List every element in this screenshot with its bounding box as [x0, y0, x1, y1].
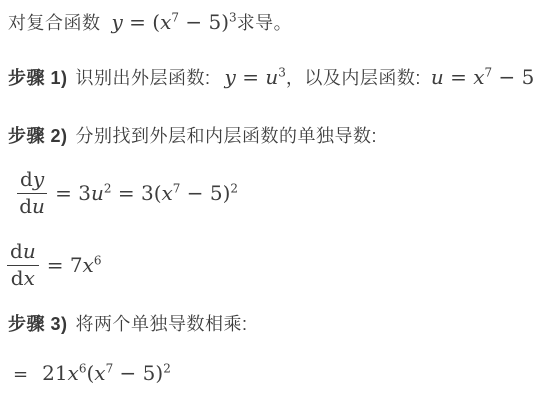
- math-op: = 7: [47, 253, 83, 277]
- problem-formula: y = (x7 − 5)3: [112, 10, 237, 34]
- outer-derivative-rhs: = 3u2 = 3(x7 − 5)2: [55, 181, 238, 205]
- step1-text-inner: ，以及内层函数:: [286, 64, 421, 90]
- math-var-x: x: [473, 65, 484, 89]
- result-equals-sign: =: [13, 364, 28, 385]
- math-op: − 5: [492, 65, 534, 89]
- math-op: = 3: [55, 181, 91, 205]
- step3-text: 将两个单独导数相乘:: [76, 310, 248, 336]
- math-op: = (: [123, 10, 160, 34]
- fraction-denominator: dx: [11, 266, 35, 290]
- problem-prefix-text: 对复合函数: [8, 9, 101, 35]
- math-var-x: x: [68, 361, 79, 385]
- step3-line: 步骤 3) 将两个单独导数相乘:: [8, 310, 248, 336]
- math-exponent: 6: [94, 253, 102, 267]
- math-op: =: [444, 65, 473, 89]
- math-d: d: [10, 239, 23, 263]
- math-var-x: x: [24, 266, 35, 290]
- fraction-numerator: dy: [17, 169, 47, 194]
- inner-derivative-rhs: = 7x6: [47, 253, 102, 277]
- math-num: 21: [42, 361, 67, 385]
- math-var-x: x: [160, 10, 171, 34]
- step1-inner-formula: u = x7 − 5: [431, 65, 534, 89]
- math-op: − 5): [179, 10, 229, 34]
- math-op: − 5): [113, 361, 163, 385]
- step1-text-outer: 识别出外层函数:: [76, 64, 211, 90]
- step2-text: 分别找到外层和内层函数的单独导数:: [76, 122, 378, 148]
- math-d: d: [19, 194, 32, 218]
- math-var-u: u: [32, 194, 45, 218]
- math-exponent: 2: [104, 181, 112, 195]
- math-d: d: [20, 167, 33, 191]
- math-exponent: 2: [163, 361, 171, 375]
- fraction-du-dx: du dx: [7, 241, 39, 289]
- math-op: =: [236, 65, 265, 89]
- step1-label: 步骤 1): [8, 64, 68, 90]
- fraction-denominator: du: [19, 194, 45, 218]
- math-var-x: x: [83, 253, 94, 277]
- math-var-u: u: [23, 239, 36, 263]
- step2-label: 步骤 2): [8, 122, 68, 148]
- problem-statement-line: 对复合函数 y = (x7 − 5)3 求导。: [8, 9, 292, 35]
- math-var-u: u: [431, 65, 444, 89]
- fraction-numerator: du: [7, 241, 39, 266]
- math-op: − 5): [180, 181, 230, 205]
- inner-derivative-equation: du dx = 7x6: [7, 241, 101, 289]
- math-op: = 3(: [112, 181, 162, 205]
- step3-label: 步骤 3): [8, 310, 68, 336]
- math-exponent: 2: [230, 181, 238, 195]
- step1-outer-formula: y = u3: [225, 65, 286, 89]
- step1-line: 步骤 1) 识别出外层函数: y = u3 ，以及内层函数: u = x7 − …: [8, 64, 534, 90]
- math-exponent: 3: [278, 65, 286, 79]
- math-var-y: y: [33, 167, 44, 191]
- step2-line: 步骤 2) 分别找到外层和内层函数的单独导数:: [8, 122, 377, 148]
- fraction-dy-du: dy du: [17, 169, 47, 217]
- math-var-x: x: [94, 361, 105, 385]
- result-line: = 21x6(x7 − 5)2: [13, 361, 171, 385]
- math-var-u: u: [91, 181, 104, 205]
- math-var-u: u: [265, 65, 278, 89]
- math-exponent: 3: [229, 10, 237, 24]
- math-var-x: x: [162, 181, 173, 205]
- math-d: d: [11, 266, 24, 290]
- result-formula: 21x6(x7 − 5)2: [42, 361, 171, 385]
- outer-derivative-equation: dy du = 3u2 = 3(x7 − 5)2: [17, 169, 238, 217]
- math-var-y: y: [112, 10, 123, 34]
- math-exponent: 7: [171, 10, 179, 24]
- math-solution-document: 对复合函数 y = (x7 − 5)3 求导。 步骤 1) 识别出外层函数: y…: [0, 0, 534, 401]
- math-var-y: y: [225, 65, 236, 89]
- problem-suffix-text: 求导。: [237, 9, 293, 35]
